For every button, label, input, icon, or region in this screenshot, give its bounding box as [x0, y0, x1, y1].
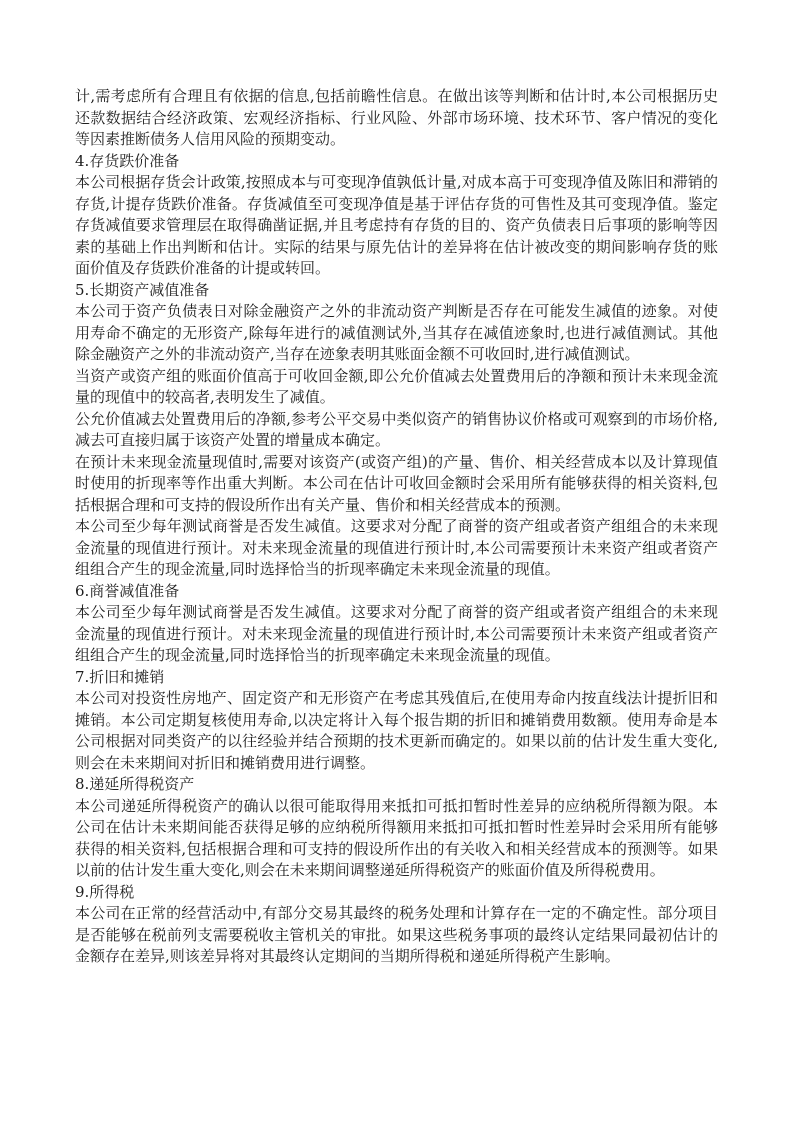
section-heading-inventory-provision: 4.存货跌价准备: [75, 151, 718, 173]
paragraph-future-cashflow-estimates: 在预计未来现金流量现值时,需要对该资产(或资产组)的产量、售价、相关经营成本以及…: [75, 452, 718, 517]
paragraph-deferred-tax-assets: 本公司递延所得税资产的确认以很可能取得用来抵扣可抵扣暂时性差异的应纳税所得额为限…: [75, 796, 718, 882]
document-page: 计,需考虑所有合理且有依据的信息,包括前瞻性信息。在做出该等判断和估计时,本公司…: [0, 0, 793, 1122]
paragraph-inventory-provision: 本公司根据存货会计政策,按照成本与可变现净值孰低计量,对成本高于可变现净值及陈旧…: [75, 172, 718, 280]
paragraph-goodwill-annual-test: 本公司至少每年测试商誉是否发生减值。这要求对分配了商誉的资产组或者资产组组合的未…: [75, 516, 718, 581]
section-heading-goodwill-impairment: 6.商誉减值准备: [75, 581, 718, 603]
section-heading-longterm-asset-impairment: 5.长期资产减值准备: [75, 280, 718, 302]
section-heading-deferred-tax-assets: 8.递延所得税资产: [75, 774, 718, 796]
section-heading-depreciation-amortization: 7.折旧和摊销: [75, 667, 718, 689]
paragraph-depreciation-amortization: 本公司对投资性房地产、固定资产和无形资产在考虑其残值后,在使用寿命内按直线法计提…: [75, 688, 718, 774]
paragraph-recoverable-amount: 当资产或资产组的账面价值高于可收回金额,即公允价值减去处置费用后的净额和预计未来…: [75, 366, 718, 409]
paragraph-impairment-indicators: 本公司于资产负债表日对除金融资产之外的非流动资产判断是否存在可能发生减值的迹象。…: [75, 301, 718, 366]
paragraph-credit-risk-judgement-continued: 计,需考虑所有合理且有依据的信息,包括前瞻性信息。在做出该等判断和估计时,本公司…: [75, 86, 718, 151]
paragraph-fair-value-less-disposal-costs: 公允价值减去处置费用后的净额,参考公平交易中类似资产的销售协议价格或可观察到的市…: [75, 409, 718, 452]
paragraph-income-tax: 本公司在正常的经营活动中,有部分交易其最终的税务处理和计算存在一定的不确定性。部…: [75, 903, 718, 968]
section-heading-income-tax: 9.所得税: [75, 882, 718, 904]
paragraph-goodwill-annual-test-repeat: 本公司至少每年测试商誉是否发生减值。这要求对分配了商誉的资产组或者资产组组合的未…: [75, 602, 718, 667]
